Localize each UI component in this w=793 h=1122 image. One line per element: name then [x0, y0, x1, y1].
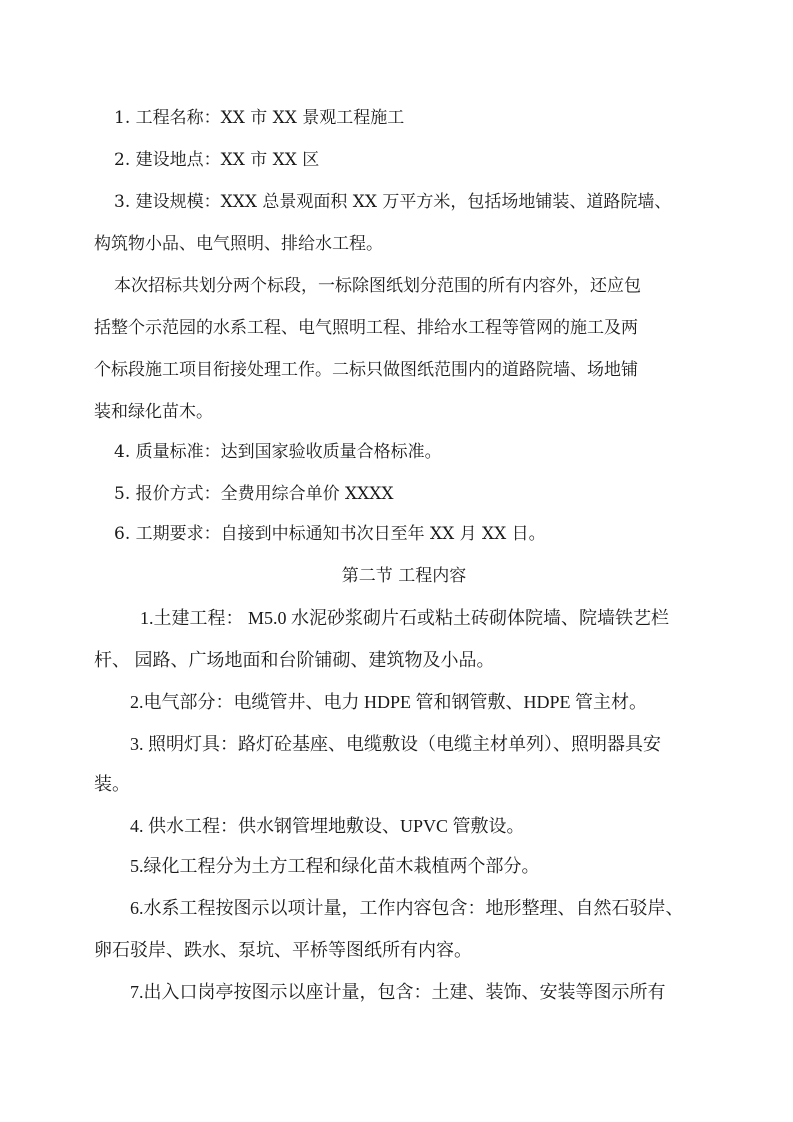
content-item-line: 7.出入口岗亭按图示以座计量，包含：土建、装饰、安装等图示所有 [130, 980, 750, 1004]
content-item-line: 2.电气部分：电缆管井、电力 HDPE 管和钢管敷、HDPE 管主材。 [130, 690, 750, 714]
project-scale-line-cont: 构筑物小品、电气照明、排给水工程。 [94, 232, 714, 256]
content-item-line: 1.土建工程： M5.0 水泥砂浆砌片石或粘土砖砌体院墙、院墙铁艺栏 [140, 606, 760, 630]
tender-paragraph-line: 括整个示范园的水系工程、电气照明工程、排给水工程等管网的施工及两 [94, 316, 714, 340]
content-item-line: 6.水系工程按图示以项计量，工作内容包含：地形整理、自然石驳岸、 [130, 896, 750, 920]
tender-paragraph-line: 个标段施工项目衔接处理工作。二标只做图纸范围内的道路院墙、场地铺 [94, 358, 714, 382]
project-name-line: 1. 工程名称：XX 市 XX 景观工程施工 [114, 106, 734, 130]
section-heading: 第二节 工程内容 [94, 564, 714, 588]
content-item-line: 杆、 园路、广场地面和台阶铺砌、建筑物及小品。 [94, 648, 714, 672]
content-item-line: 4. 供水工程：供水钢管埋地敷设、UPVC 管敷设。 [130, 814, 750, 838]
document-page: 1. 工程名称：XX 市 XX 景观工程施工 2. 建设地点：XX 市 XX 区… [0, 0, 793, 1122]
quality-standard-line: 4. 质量标准：达到国家验收质量合格标准。 [114, 440, 734, 464]
tender-paragraph-line: 本次招标共划分两个标段，一标除图纸划分范围的所有内容外，还应包 [114, 274, 734, 298]
content-item-line: 装。 [94, 772, 714, 796]
pricing-method-line: 5. 报价方式：全费用综合单价 XXXX [114, 482, 734, 506]
tender-paragraph-line: 装和绿化苗木。 [94, 400, 714, 424]
content-item-line: 5.绿化工程分为土方工程和绿化苗木栽植两个部分。 [130, 854, 750, 878]
content-item-line: 3. 照明灯具：路灯砼基座、电缆敷设（电缆主材单列）、照明器具安 [130, 732, 750, 756]
content-item-line: 卵石驳岸、跌水、泵坑、平桥等图纸所有内容。 [94, 938, 714, 962]
project-scale-line: 3. 建设规模：XXX 总景观面积 XX 万平方米，包括场地铺装、道路院墙、 [114, 190, 734, 214]
schedule-line: 6. 工期要求：自接到中标通知书次日至年 XX 月 XX 日。 [114, 522, 734, 546]
project-location-line: 2. 建设地点：XX 市 XX 区 [114, 148, 734, 172]
